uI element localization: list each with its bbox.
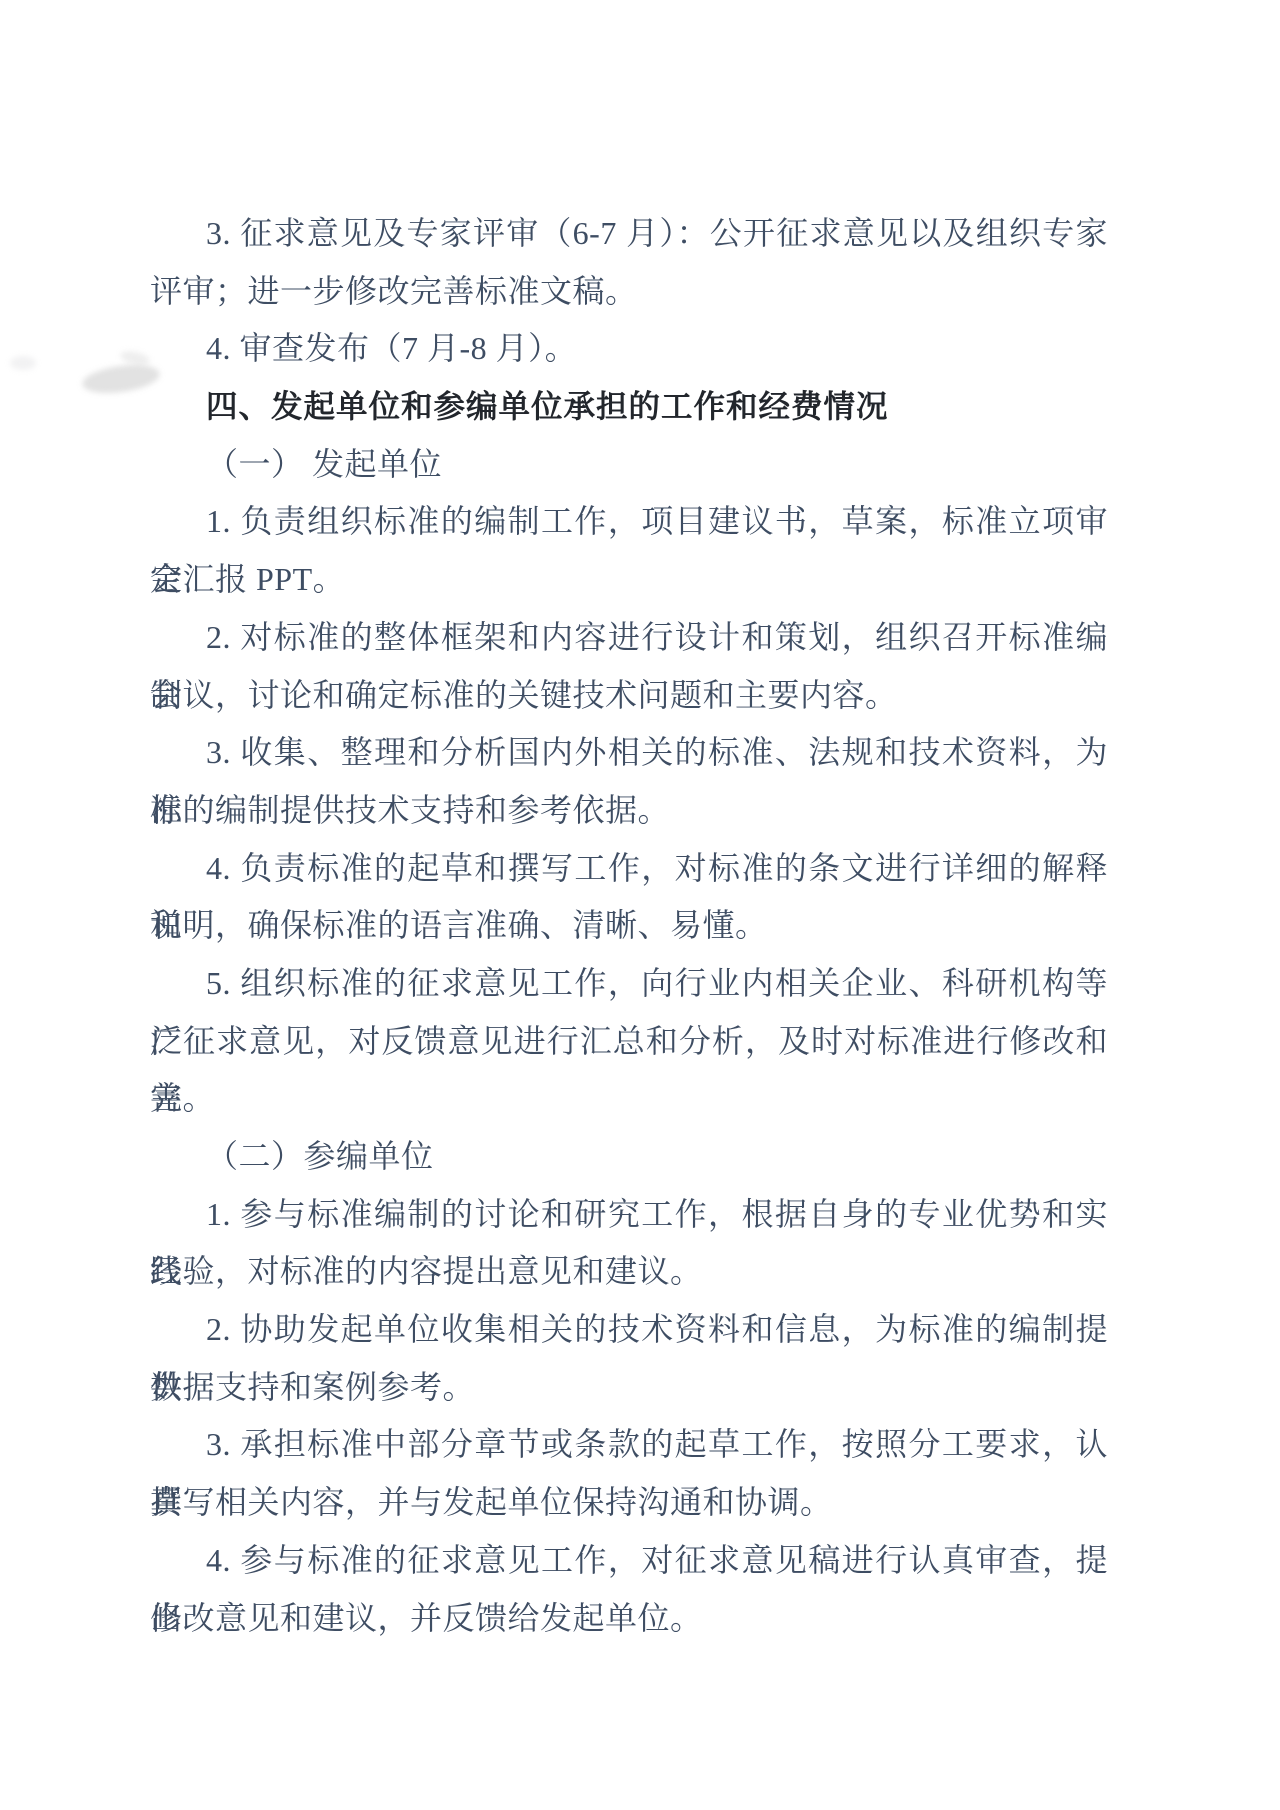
participant-item-3-line-1: 3. 承担标准中部分章节或条款的起草工作，按照分工要求，认真 xyxy=(150,1416,1108,1474)
initiator-item-2-line-1: 2. 对标准的整体框架和内容进行设计和策划，组织召开标准编制 xyxy=(150,609,1108,667)
participant-item-1-line-1: 1. 参与标准编制的讨论和研究工作，根据自身的专业优势和实践 xyxy=(150,1186,1108,1244)
phase-item-3-line-2: 评审；进一步修改完善标准文稿。 xyxy=(150,263,1108,321)
participant-item-4-line-1: 4. 参与标准的征求意见工作，对征求意见稿进行认真审查，提出 xyxy=(150,1532,1108,1590)
scanned-document-page: 3. 征求意见及专家评审（6-7 月）：公开征求意见以及组织专家 评审；进一步修… xyxy=(0,0,1280,1810)
initiator-item-5-line-3: 善。 xyxy=(150,1070,1108,1128)
participant-item-2-line-1: 2. 协助发起单位收集相关的技术资料和信息，为标准的编制提供 xyxy=(150,1301,1108,1359)
scan-smudge xyxy=(119,349,151,367)
phase-item-3-line-1: 3. 征求意见及专家评审（6-7 月）：公开征求意见以及组织专家 xyxy=(150,205,1108,263)
initiator-item-1-line-1: 1. 负责组织标准的编制工作，项目建议书，草案，标准立项审定 xyxy=(150,493,1108,551)
participant-item-3-line-2: 撰写相关内容，并与发起单位保持沟通和协调。 xyxy=(150,1474,1108,1532)
initiator-item-5-line-1: 5. 组织标准的征求意见工作，向行业内相关企业、科研机构等广 xyxy=(150,955,1108,1013)
initiator-item-4-line-1: 4. 负责标准的起草和撰写工作，对标准的条文进行详细的解释和 xyxy=(150,840,1108,898)
initiator-item-4-line-2: 说明，确保标准的语言准确、清晰、易懂。 xyxy=(150,897,1108,955)
section-4-heading: 四、发起单位和参编单位承担的工作和经费情况 xyxy=(150,378,1108,436)
document-text-block: 3. 征求意见及专家评审（6-7 月）：公开征求意见以及组织专家 评审；进一步修… xyxy=(150,205,1108,1647)
initiator-item-5-line-2: 泛征求意见，对反馈意见进行汇总和分析，及时对标准进行修改和完 xyxy=(150,1013,1108,1071)
subsection-2-heading: （二）参编单位 xyxy=(150,1128,1108,1186)
scan-smudge xyxy=(10,356,36,370)
participant-item-1-line-2: 经验，对标准的内容提出意见和建议。 xyxy=(150,1243,1108,1301)
initiator-item-1-line-2: 会汇报 PPT。 xyxy=(150,551,1108,609)
initiator-item-2-line-2: 会议，讨论和确定标准的关键技术问题和主要内容。 xyxy=(150,667,1108,725)
initiator-item-3-line-1: 3. 收集、整理和分析国内外相关的标准、法规和技术资料，为标 xyxy=(150,724,1108,782)
subsection-1-heading: （一） 发起单位 xyxy=(150,436,1108,494)
initiator-item-3-line-2: 准的编制提供技术支持和参考依据。 xyxy=(150,782,1108,840)
participant-item-4-line-2: 修改意见和建议，并反馈给发起单位。 xyxy=(150,1590,1108,1648)
participant-item-2-line-2: 数据支持和案例参考。 xyxy=(150,1359,1108,1417)
phase-item-4: 4. 审查发布（7 月-8 月）。 xyxy=(150,320,1108,378)
